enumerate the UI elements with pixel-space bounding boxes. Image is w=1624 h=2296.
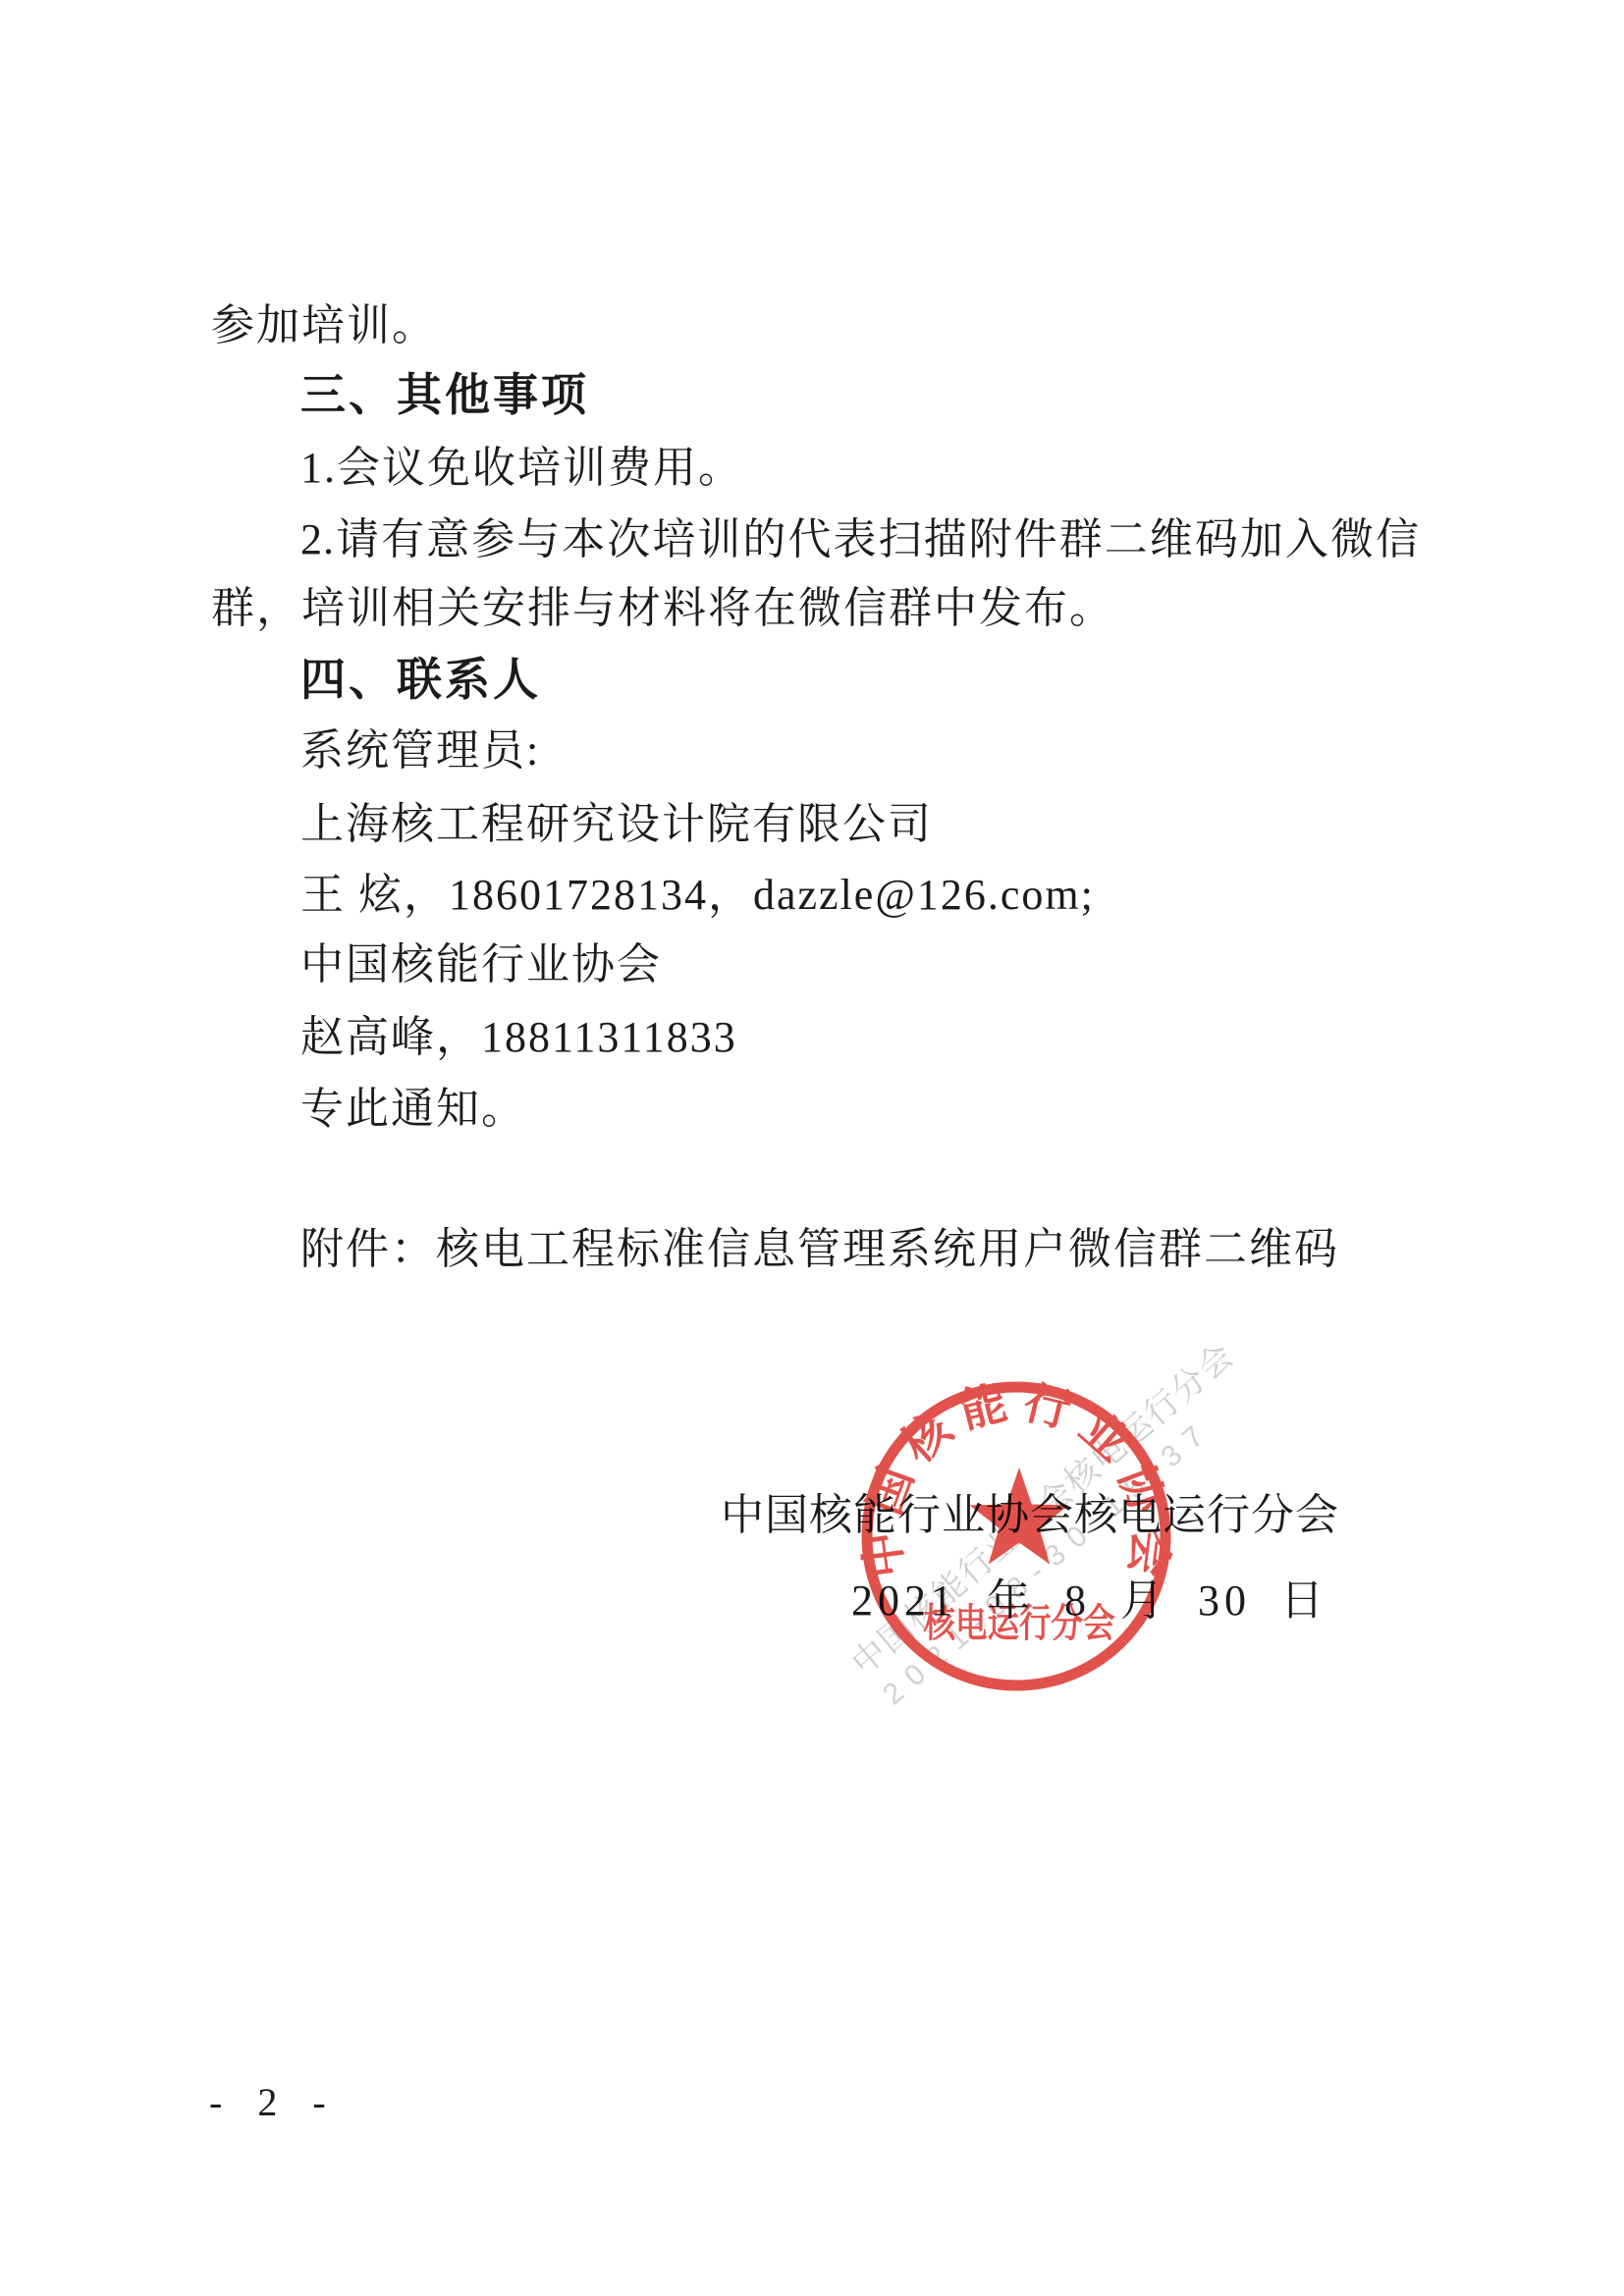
page-number: - 2 - <box>209 2079 334 2125</box>
paragraph-line: 群，培训相关安排与材料将在微信群中发布。 <box>211 579 1114 638</box>
closing-line: 专此通知。 <box>300 1080 526 1139</box>
contact-org-line: 中国核能行业协会 <box>300 935 662 994</box>
list-item-2: 2.请有意参与本次培训的代表扫描附件群二维码加入微信 <box>300 510 1420 569</box>
contact-person-line: 赵高峰，18811311833 <box>300 1008 737 1067</box>
contact-person-line: 王 炫，18601728134，dazzle@126.com; <box>300 866 1095 925</box>
section-heading-3: 三、其他事项 <box>300 365 589 424</box>
document-page: 参加培训。 三、其他事项 1.会议免收培训费用。 2.请有意参与本次培训的代表扫… <box>0 0 1624 2296</box>
seal-ring-text: 中国核能行业协会 <box>854 1375 1177 1581</box>
list-item-1: 1.会议免收培训费用。 <box>300 439 743 498</box>
signature-org: 中国核能行业协会核电运行分会 <box>721 1479 1339 1542</box>
contact-org-line: 上海核工程研究设计院有限公司 <box>300 795 933 854</box>
section-heading-4: 四、联系人 <box>300 650 541 709</box>
paragraph-line: 参加培训。 <box>211 296 437 355</box>
signature-date: 2021 年 8 月 30 日 <box>851 1565 1328 1628</box>
contact-role-line: 系统管理员: <box>300 721 540 780</box>
attachment-line: 附件：核电工程标准信息管理系统用户微信群二维码 <box>300 1220 1339 1279</box>
